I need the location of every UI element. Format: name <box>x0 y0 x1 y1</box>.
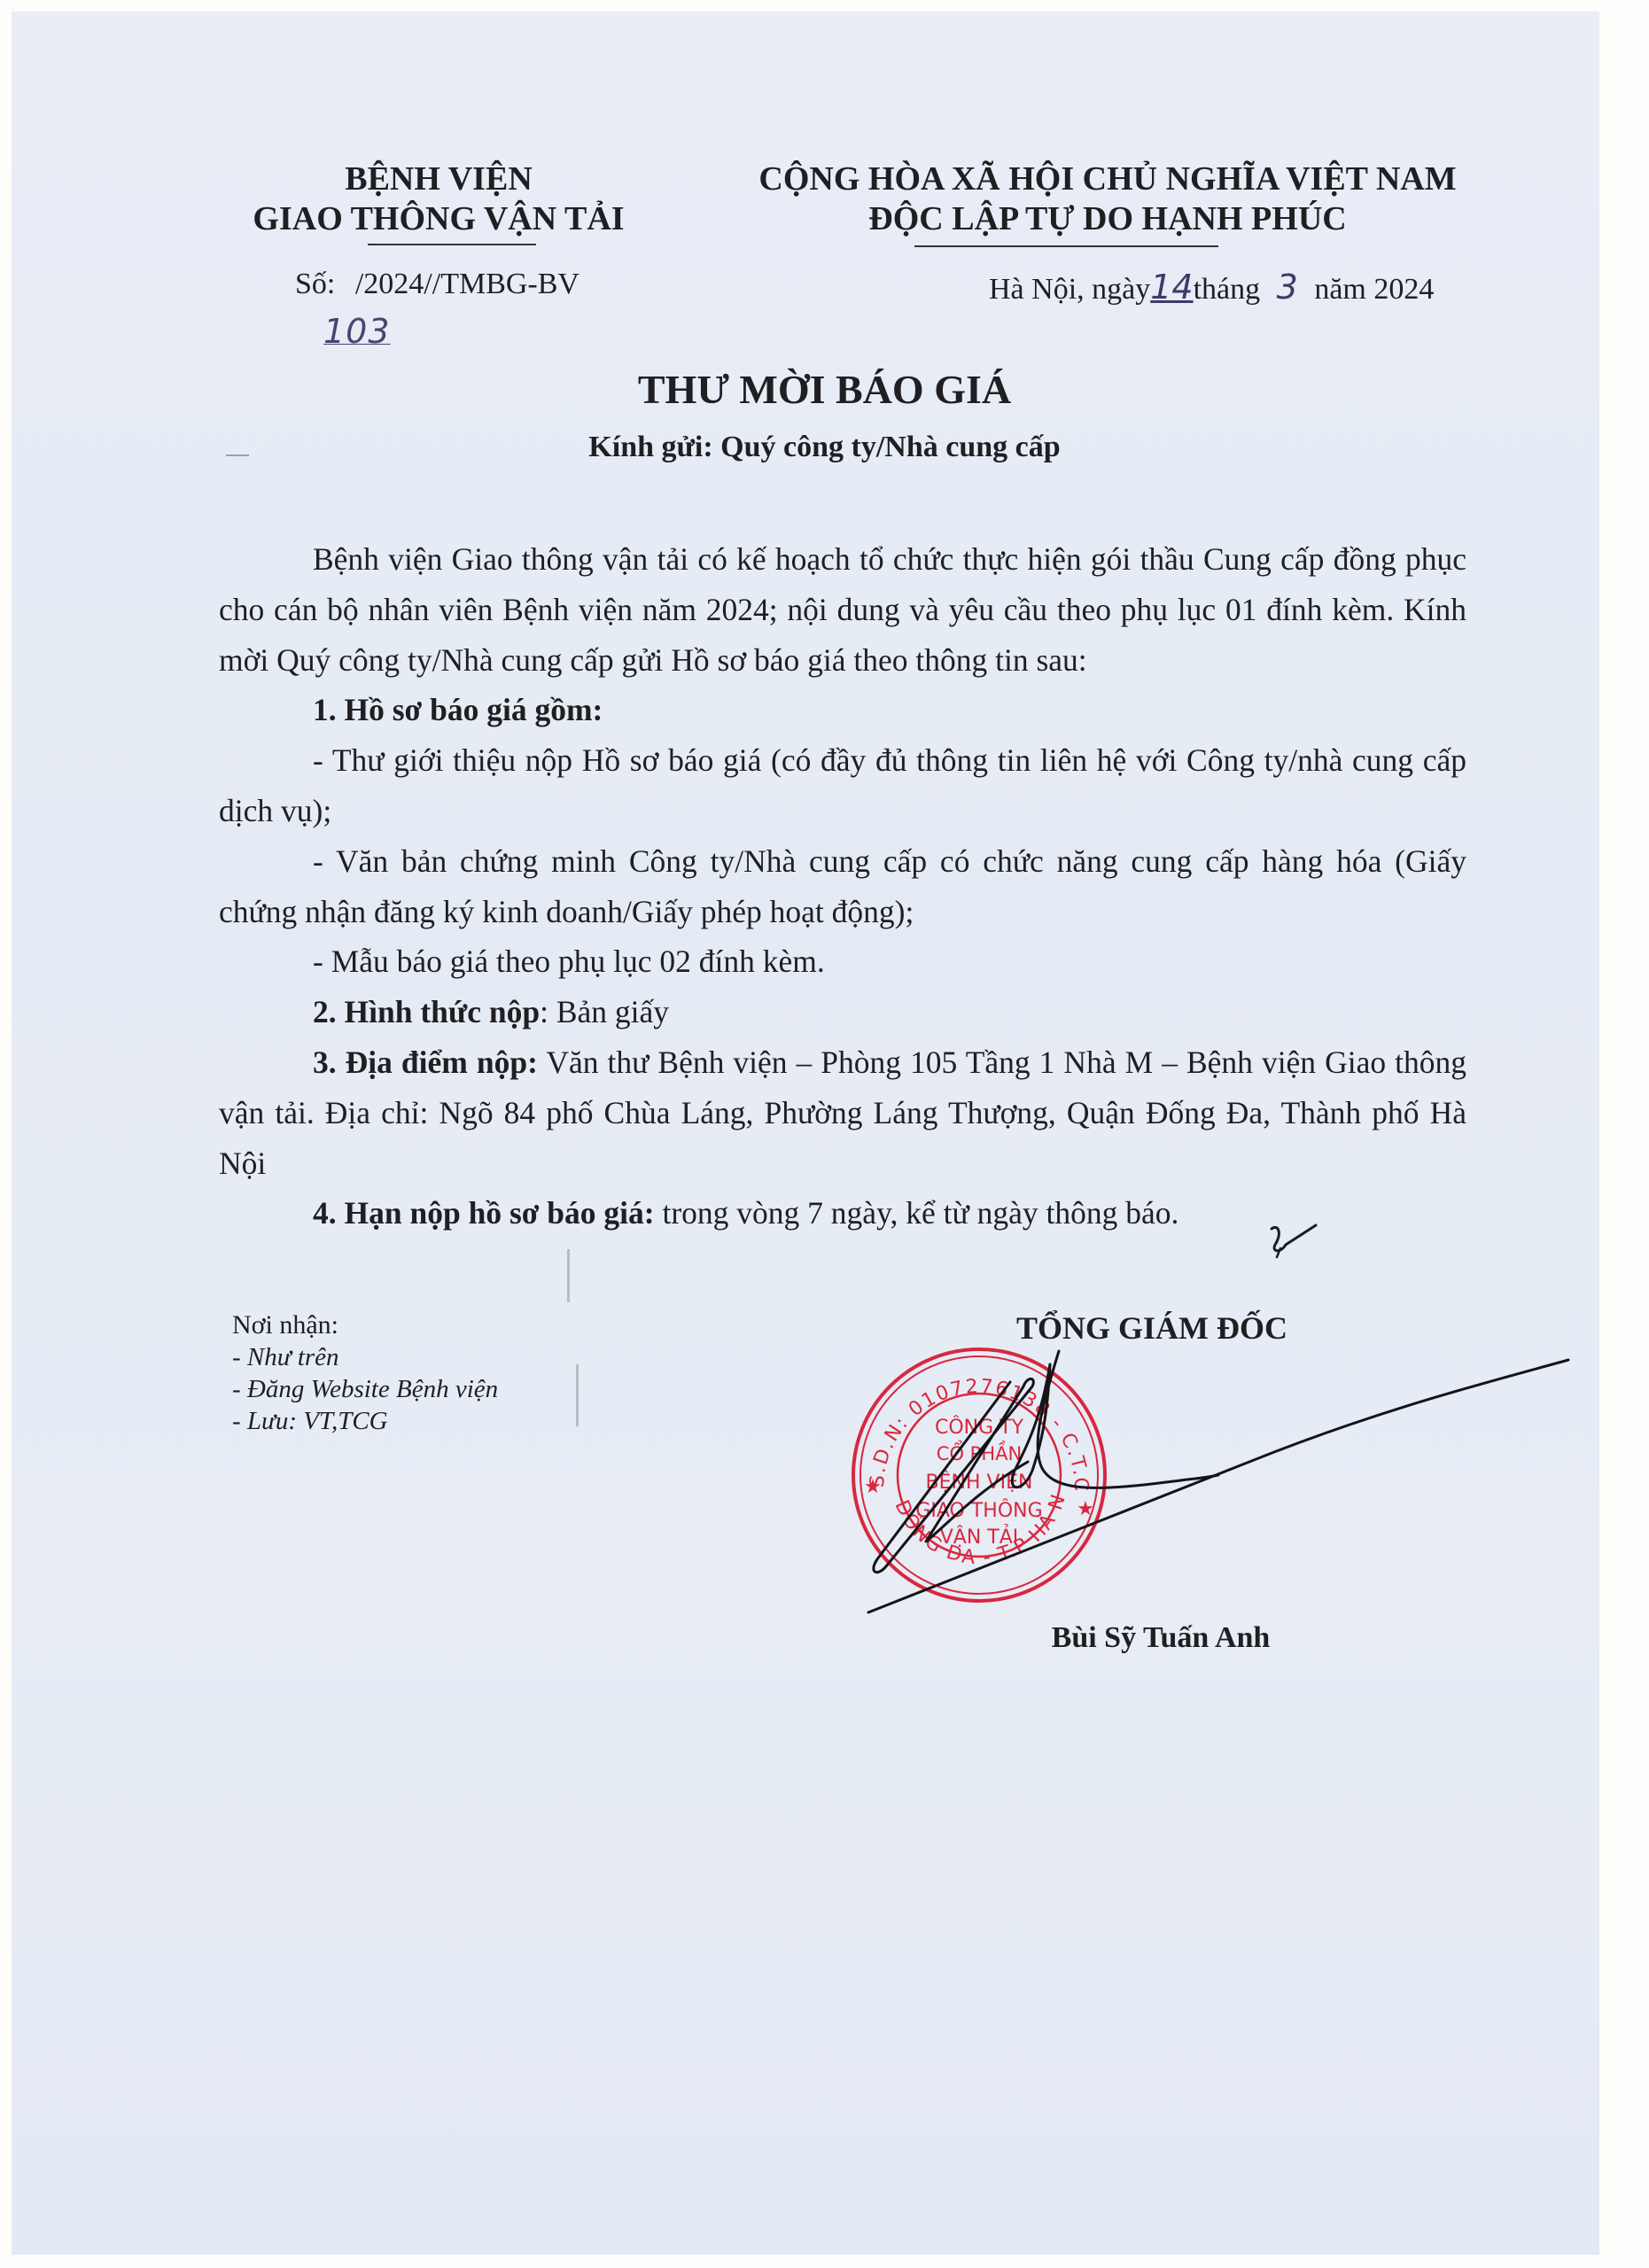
intro-paragraph: Bệnh viện Giao thông vận tải có kế hoạch… <box>219 534 1466 685</box>
section-2-label: 2. Hình thức nộp <box>313 994 540 1029</box>
nation-line-1: CỘNG HÒA XÃ HỘI CHỦ NGHĨA VIỆT NAM <box>709 159 1506 199</box>
initial-mark-icon <box>1263 1218 1342 1262</box>
org-line-2: GIAO THÔNG VẬN TẢI <box>222 199 656 239</box>
section-2-value: : Bản giấy <box>540 994 669 1029</box>
section-4-value: trong vòng 7 ngày, kể từ ngày thông báo. <box>655 1195 1179 1231</box>
doc-number-handwritten: 103 <box>323 312 391 351</box>
recipients-block: Nơi nhận: - Như trên - Đăng Website Bệnh… <box>232 1309 498 1437</box>
recipient-item: - Lưu: VT,TCG <box>232 1405 498 1437</box>
section-4-label: 4. Hạn nộp hồ sơ báo giá: <box>313 1195 655 1231</box>
recipient-item: - Đăng Website Bệnh viện <box>232 1373 498 1405</box>
date-day-handwritten: 14 <box>1150 268 1193 307</box>
section-1-item: - Văn bản chứng minh Công ty/Nhà cung cấ… <box>219 836 1466 937</box>
doc-number-handwritten-text: 103 <box>323 312 391 351</box>
nation-line-2: ĐỘC LẬP TỰ DO HẠNH PHÚC <box>709 199 1506 239</box>
document-title: THƯ MỜI BÁO GIÁ <box>0 366 1649 413</box>
date-month-label: tháng <box>1194 273 1261 306</box>
salutation: Kính gửi: Quý công ty/Nhà cung cấp <box>0 431 1649 464</box>
section-1-item: - Mẫu báo giá theo phụ lục 02 đính kèm. <box>219 936 1466 987</box>
issuing-organization: BỆNH VIỆN GIAO THÔNG VẬN TẢI <box>222 159 656 239</box>
scan-artifact <box>226 454 249 456</box>
date-month-handwritten: 3 <box>1277 268 1298 307</box>
national-motto: CỘNG HÒA XÃ HỘI CHỦ NGHĨA VIỆT NAM ĐỘC L… <box>709 159 1506 239</box>
section-1-item: - Thư giới thiệu nộp Hồ sơ báo giá (có đ… <box>219 735 1466 836</box>
section-3-label: 3. Địa điểm nộp: <box>313 1045 538 1080</box>
date-prefix: Hà Nội, ngày <box>989 273 1150 306</box>
org-underline <box>368 244 536 245</box>
org-line-1: BỆNH VIỆN <box>222 159 656 199</box>
doc-number-prefix: Số: <box>295 268 335 300</box>
document-number: Số: /2024//TMBG-BV <box>295 268 579 301</box>
motto-underline <box>914 245 1218 247</box>
section-1-heading: 1. Hồ sơ báo giá gồm: <box>219 685 1466 735</box>
scan-artifact <box>567 1249 570 1302</box>
issue-date: Hà Nội, ngày14tháng 3 năm 2024 <box>989 268 1434 307</box>
scan-artifact <box>576 1364 579 1426</box>
recipient-item: - Như trên <box>232 1341 498 1373</box>
section-3: 3. Địa điểm nộp: Văn thư Bệnh viện – Phò… <box>219 1037 1466 1188</box>
date-year-label: năm 2024 <box>1314 273 1434 306</box>
signer-name: Bùi Sỹ Tuấn Anh <box>975 1621 1347 1655</box>
doc-number-suffix: /2024//TMBG-BV <box>355 268 579 300</box>
document-body: Bệnh viện Giao thông vận tải có kế hoạch… <box>219 534 1466 1239</box>
signature-scribble-icon <box>851 1347 1577 1639</box>
section-2: 2. Hình thức nộp: Bản giấy <box>219 987 1466 1037</box>
recipients-heading: Nơi nhận: <box>232 1309 498 1341</box>
